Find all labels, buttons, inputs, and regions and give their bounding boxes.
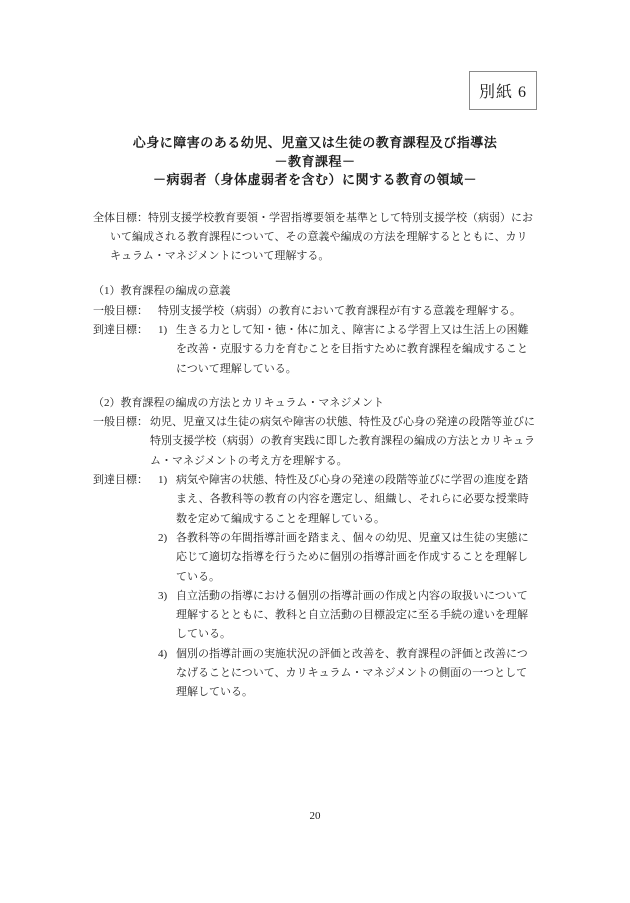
attainment-goal-label: 到達目標： [93, 471, 158, 490]
item-text: 病気や障害の状態、特性及び心身の発達の段階等並びに学習の進度を踏まえ、各教科等の… [176, 471, 538, 529]
document-title-line2: －教育課程－ [0, 153, 630, 172]
general-goal-text: 幼児、児童又は生徒の病気や障害の状態、特性及び心身の発達の段階等並びに特別支援学… [150, 413, 538, 471]
document-body: 全体目標：特別支援学校教育要領・学習指導要領を基準として特別支援学校（病弱）にお… [93, 209, 538, 703]
section-1-attainment-goal-row: 到達目標： 1) 生きる力として知・徳・体に加え、障害による学習上又は生活上の困… [93, 321, 538, 379]
attainment-item: 1) 生きる力として知・徳・体に加え、障害による学習上又は生活上の困難を改善・克… [158, 321, 538, 379]
attainment-item: 1) 病気や障害の状態、特性及び心身の発達の段階等並びに学習の進度を踏まえ、各教… [158, 471, 538, 529]
attainment-goal-items: 1) 生きる力として知・徳・体に加え、障害による学習上又は生活上の困難を改善・克… [158, 321, 538, 379]
general-goal-label: 一般目標： [93, 413, 150, 432]
attainment-item: 4) 個別の指導計画の実施状況の評価と改善を、教育課程の評価と改善につなげること… [158, 645, 538, 703]
attainment-item: 2) 各教科等の年間指導計画を踏まえ、個々の幼児、児童又は生徒の実態に応じて適切… [158, 529, 538, 587]
section-1-heading: （1）教育課程の編成の意義 [93, 282, 538, 301]
section-2: （2）教育課程の編成の方法とカリキュラム・マネジメント 一般目標： 幼児、児童又… [93, 394, 538, 703]
overall-goal-label: 全体目標： [93, 212, 148, 224]
section-1: （1）教育課程の編成の意義 一般目標： 特別支援学校（病弱）の教育において教育課… [93, 282, 538, 378]
item-text: 自立活動の指導における個別の指導計画の作成と内容の取扱いについて理解するとともに… [176, 587, 538, 645]
attainment-item: 3) 自立活動の指導における個別の指導計画の作成と内容の取扱いについて理解すると… [158, 587, 538, 645]
section-2-heading: （2）教育課程の編成の方法とカリキュラム・マネジメント [93, 394, 538, 413]
item-text: 各教科等の年間指導計画を踏まえ、個々の幼児、児童又は生徒の実態に応じて適切な指導… [176, 529, 538, 587]
section-2-attainment-goal-row: 到達目標： 1) 病気や障害の状態、特性及び心身の発達の段階等並びに学習の進度を… [93, 471, 538, 703]
document-title-line1: 心身に障害のある幼児、児童又は生徒の教育課程及び指導法 [0, 134, 630, 153]
document-page: 別紙 6 心身に障害のある幼児、児童又は生徒の教育課程及び指導法 －教育課程－ … [0, 0, 630, 903]
section-2-general-goal-row: 一般目標： 幼児、児童又は生徒の病気や障害の状態、特性及び心身の発達の段階等並び… [93, 413, 538, 471]
item-number: 1) [158, 471, 176, 490]
attainment-goal-label: 到達目標： [93, 321, 158, 340]
document-title-line3: －病弱者（身体虚弱者を含む）に関する教育の領域－ [0, 171, 630, 190]
page-number: 20 [0, 810, 630, 822]
general-goal-text: 特別支援学校（病弱）の教育において教育課程が有する意義を理解する。 [158, 302, 538, 321]
overall-goal-text: 特別支援学校教育要領・学習指導要領を基準として特別支援学校（病弱）において編成さ… [110, 212, 533, 263]
item-number: 2) [158, 529, 176, 548]
item-number: 3) [158, 587, 176, 606]
overall-goal: 全体目標：特別支援学校教育要領・学習指導要領を基準として特別支援学校（病弱）にお… [93, 209, 538, 267]
item-text: 個別の指導計画の実施状況の評価と改善を、教育課程の評価と改善につなげることについ… [176, 645, 538, 703]
general-goal-label: 一般目標： [93, 302, 158, 321]
attachment-label-box: 別紙 6 [469, 71, 537, 110]
item-number: 1) [158, 321, 176, 340]
section-1-general-goal-row: 一般目標： 特別支援学校（病弱）の教育において教育課程が有する意義を理解する。 [93, 302, 538, 321]
item-text: 生きる力として知・徳・体に加え、障害による学習上又は生活上の困難を改善・克服する… [176, 321, 538, 379]
attainment-goal-items: 1) 病気や障害の状態、特性及び心身の発達の段階等並びに学習の進度を踏まえ、各教… [158, 471, 538, 703]
item-number: 4) [158, 645, 176, 664]
attachment-label: 別紙 6 [479, 79, 527, 102]
